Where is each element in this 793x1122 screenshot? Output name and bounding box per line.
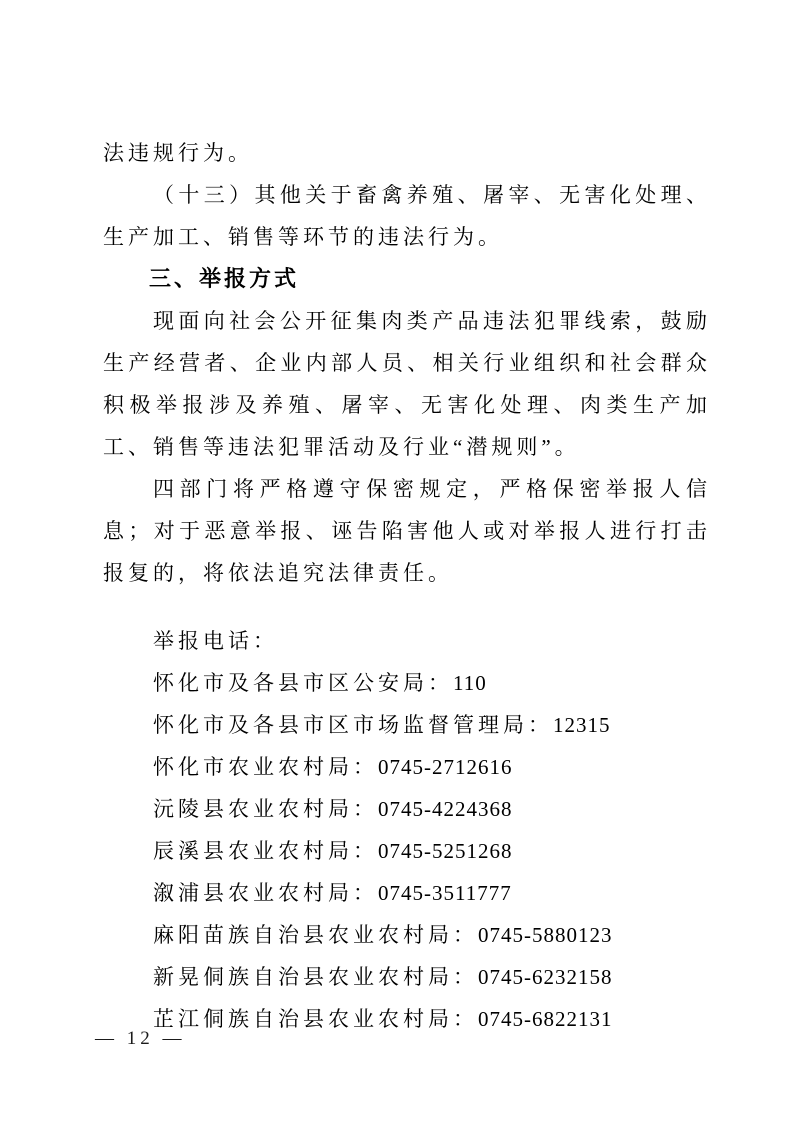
hotline-colon: ： <box>453 923 478 947</box>
paragraph-item-13: （十三）其他关于畜禽养殖、屠宰、无害化处理、生产加工、销售等环节的违法行为。 <box>103 174 711 258</box>
hotline-colon: ： <box>453 965 478 989</box>
hotline-entry: 怀化市及各县市区市场监督管理局：12315 <box>103 704 711 746</box>
hotline-entry: 麻阳苗族自治县农业农村局：0745-5880123 <box>103 914 711 956</box>
hotline-org: 辰溪县农业农村局 <box>153 839 353 863</box>
hotline-number: 0745-4224368 <box>378 797 513 821</box>
hotline-number: 0745-5880123 <box>478 923 613 947</box>
section-heading-reporting-method: 三、举报方式 <box>103 258 711 300</box>
hotline-org: 怀化市农业农村局 <box>153 755 353 779</box>
hotline-number: 0745-3511777 <box>378 881 512 905</box>
hotline-number: 0745-5251268 <box>378 839 513 863</box>
hotline-entry: 新晃侗族自治县农业农村局：0745-6232158 <box>103 956 711 998</box>
hotline-number: 12315 <box>553 713 611 737</box>
page-number: — 12 — <box>95 1028 186 1050</box>
hotline-colon: ： <box>453 1007 478 1031</box>
hotline-colon: ： <box>353 839 378 863</box>
hotline-colon: ： <box>528 713 553 737</box>
hotline-colon: ： <box>353 881 378 905</box>
hotline-number: 110 <box>453 671 487 695</box>
paragraph-solicitation: 现面向社会公开征集肉类产品违法犯罪线索，鼓励生产经营者、企业内部人员、相关行业组… <box>103 300 711 468</box>
hotline-colon: ： <box>428 671 453 695</box>
hotline-entry: 辰溪县农业农村局：0745-5251268 <box>103 830 711 872</box>
hotline-org: 新晃侗族自治县农业农村局 <box>153 965 453 989</box>
hotline-org: 沅陵县农业农村局 <box>153 797 353 821</box>
hotline-number: 0745-6822131 <box>478 1007 613 1031</box>
hotline-section: 举报电话： 怀化市及各县市区公安局：110 怀化市及各县市区市场监督管理局：12… <box>103 620 711 1040</box>
hotline-entry: 怀化市及各县市区公安局：110 <box>103 662 711 704</box>
paragraph-confidentiality: 四部门将严格遵守保密规定，严格保密举报人信息；对于恶意举报、诬告陷害他人或对举报… <box>103 468 711 594</box>
hotline-colon: ： <box>353 755 378 779</box>
paragraph-continuation: 法违规行为。 <box>103 132 711 174</box>
hotline-entry: 溆浦县农业农村局：0745-3511777 <box>103 872 711 914</box>
document-body: 法违规行为。 （十三）其他关于畜禽养殖、屠宰、无害化处理、生产加工、销售等环节的… <box>103 132 711 1040</box>
hotline-colon: ： <box>353 797 378 821</box>
hotline-entry: 芷江侗族自治县农业农村局：0745-6822131 <box>103 998 711 1040</box>
hotline-heading: 举报电话： <box>103 620 711 662</box>
hotline-number: 0745-2712616 <box>378 755 513 779</box>
hotline-org: 怀化市及各县市区市场监督管理局 <box>153 713 528 737</box>
hotline-org: 麻阳苗族自治县农业农村局 <box>153 923 453 947</box>
document-page: 法违规行为。 （十三）其他关于畜禽养殖、屠宰、无害化处理、生产加工、销售等环节的… <box>0 0 793 1122</box>
hotline-entry: 怀化市农业农村局：0745-2712616 <box>103 746 711 788</box>
hotline-org: 溆浦县农业农村局 <box>153 881 353 905</box>
hotline-org: 芷江侗族自治县农业农村局 <box>153 1007 453 1031</box>
hotline-number: 0745-6232158 <box>478 965 613 989</box>
hotline-org: 怀化市及各县市区公安局 <box>153 671 428 695</box>
hotline-entry: 沅陵县农业农村局：0745-4224368 <box>103 788 711 830</box>
